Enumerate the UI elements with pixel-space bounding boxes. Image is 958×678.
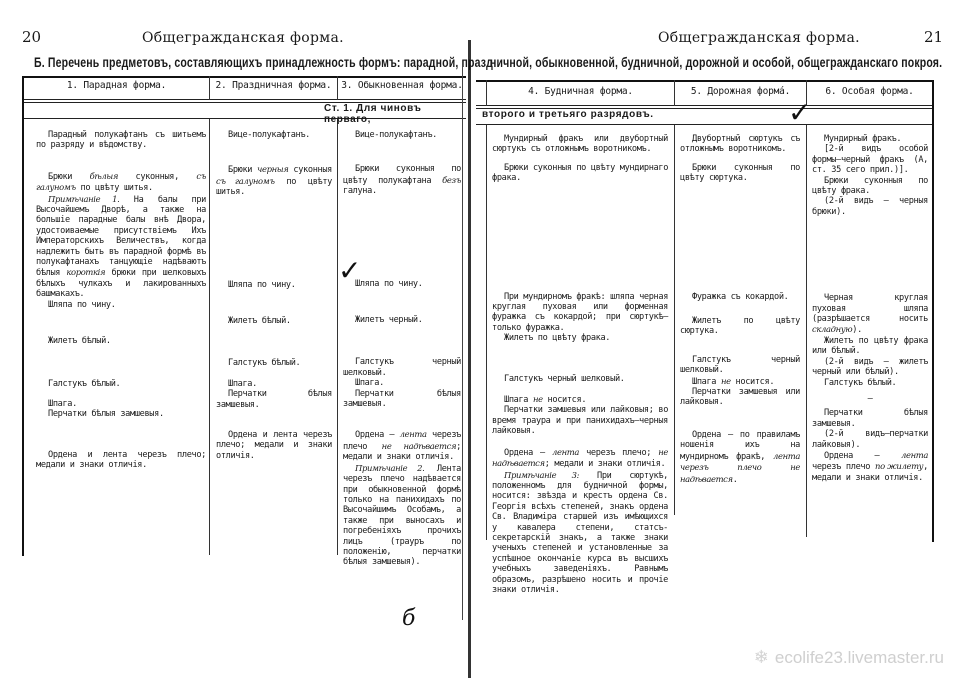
gloves-text: Перчатки замшевыя или лайковыя; во время…	[492, 405, 668, 436]
header-divider	[24, 99, 466, 100]
note-1: Примѣчаніе 1. На балы при Высочайшемъ Дв…	[36, 194, 206, 300]
gloves-text: Перчатки бѣлыя замшевыя.	[36, 409, 206, 419]
table-title: Б. Перечень предметовъ, составляющихъ пр…	[34, 55, 471, 70]
vest-text: Жилетъ бѣлый.	[36, 336, 206, 346]
column-rule	[337, 119, 338, 555]
column-header-ordinary: 3. Обыкновенная форма.	[338, 80, 466, 91]
sword-text: Шпага.	[216, 379, 332, 389]
hat-text: Шляпа по чину.	[216, 280, 332, 290]
trousers-text: Брюки черныя суконныя съ галуномъ по цвѣ…	[216, 164, 332, 197]
left-page: 20 Общегражданская форма. Б. Перечень пр…	[0, 0, 470, 678]
hat-text: Фуражка съ кокардой.	[680, 292, 800, 302]
vest-alt-text: (2-й видъ — жилетъ черный или бѣлый).	[812, 357, 928, 378]
coat-text: Мундирный фракъ.	[812, 134, 928, 144]
column-special-content: Мундирный фракъ. [2-й видъ особой формы—…	[812, 134, 928, 483]
column-header-parade: 1. Парадная форма.	[24, 80, 209, 91]
section-divider	[476, 124, 932, 125]
section-heading: второго и третьяго разрядовъ.	[482, 109, 654, 120]
orders-text: Ордена — по правиламъ ношенія ихъ на мун…	[680, 430, 800, 485]
hat-text: При мундирномъ фракѣ: шляпа черная кругл…	[492, 292, 668, 334]
column-daily-content: Мундирный фракъ или двубортный сюртукъ с…	[492, 134, 668, 595]
hat-text: Шляпа по чину.	[36, 300, 206, 310]
handwritten-check-icon: ✓	[788, 96, 811, 129]
tie-text: Галстукъ черный шелковый.	[492, 374, 668, 384]
running-head: Общегражданская форма.	[658, 30, 860, 46]
snowflake-icon: ❄	[754, 647, 769, 668]
trousers-alt-text: (2-й видъ — черныя брюки).	[812, 196, 928, 217]
column-header-travel: 5. Дорожная формá.	[675, 86, 806, 97]
column-ordinary-content: Вице-полукафтанъ. Брюки суконныя по цвѣт…	[343, 130, 461, 568]
coat-text: Мундирный фракъ или двубортный сюртукъ с…	[492, 134, 668, 155]
coat-text: Парадный полукафтанъ съ шитьемъ по разря…	[36, 130, 206, 151]
column-rule	[486, 125, 487, 540]
column-holiday-content: Вице-полукафтанъ. Брюки черныя суконныя …	[216, 130, 332, 461]
trousers-text: Брюки бѣлыя суконныя, съ галуномъ по цвѣ…	[36, 171, 206, 194]
coat-alt-text: [2-й видъ особой формы—черный фракъ (А, …	[812, 144, 928, 175]
coat-text: Двубортный сюртукъ съ отложнымъ воротник…	[680, 134, 800, 155]
trousers-text: Брюки суконныя по цвѣту полукафтана безъ…	[343, 164, 461, 196]
page-gutter	[468, 40, 471, 678]
watermark-text: ecolife23.livemaster.ru	[775, 648, 944, 668]
table-top-border	[476, 80, 932, 82]
coat-text: Вице-полукафтанъ.	[343, 130, 461, 140]
orders-text: Ордена — лента черезъ плечо по жилету, м…	[812, 450, 928, 483]
column-travel-content: Двубортный сюртукъ съ отложнымъ воротник…	[680, 134, 800, 485]
vest-text: Жилетъ бѣлый.	[216, 316, 332, 326]
table-right-border	[932, 80, 934, 542]
table-title: ничной, обыкновенной, будничной, дорожно…	[490, 55, 942, 70]
trousers-text: Брюки суконныя по цвѣту сюртука.	[680, 163, 800, 184]
sword-text: Шпага не носится.	[680, 376, 800, 387]
gloves-text: Перчатки бѣлыя замшевыя.	[216, 389, 332, 410]
page-gutter-rule	[462, 60, 463, 620]
gloves-text: Перчатки бѣлыя замшевыя.	[812, 408, 928, 429]
sword-text: Шпага.	[36, 399, 206, 409]
orders-text: Ордена — лента черезъ плечо; не надѣвает…	[492, 447, 668, 470]
table-left-border	[22, 76, 24, 556]
header-divider	[476, 105, 932, 106]
sword-text: Шпага.	[343, 378, 461, 388]
vest-text: Жилетъ черный.	[343, 315, 461, 325]
hat-text: Черная круглая пуховая шляпа (разрѣшаетс…	[812, 293, 928, 336]
handwritten-mark: б	[402, 606, 415, 631]
handwritten-check-icon: ✓	[338, 254, 361, 287]
page-number: 21	[924, 28, 943, 46]
coat-text: Вице-полукафтанъ.	[216, 130, 332, 140]
tie-text: Галстукъ черный шелковый.	[680, 355, 800, 376]
column-header-holiday: 2. Праздничная форма.	[210, 80, 337, 91]
column-rule	[674, 125, 675, 515]
tie-text: Галстукъ бѣлый.	[216, 358, 332, 368]
section-heading: Ст. 1. Для чиновъ перваго,	[324, 103, 470, 125]
column-parade-content: Парадный полукафтанъ съ шитьемъ по разря…	[36, 130, 206, 471]
page-number: 20	[22, 28, 41, 46]
sword-text: —	[812, 394, 928, 404]
note-2: Примѣчаніе 2. Лента черезъ плечо надѣвае…	[343, 463, 461, 568]
vest-text: Жилетъ по цвѣту фрака.	[492, 333, 668, 343]
orders-text: Ордена и лента черезъ плечо; медали и зн…	[216, 430, 332, 461]
gloves-text: Перчатки замшевыя или лайковыя.	[680, 387, 800, 408]
tie-text: Галстукъ черный шелковый.	[343, 357, 461, 378]
note-3: Примѣчаніе 3: При сюртукѣ, положенномъ д…	[492, 470, 668, 596]
column-rule	[806, 125, 807, 537]
table-top-border	[22, 76, 466, 78]
trousers-text: Брюки суконныя по цвѣту фрака.	[812, 176, 928, 197]
right-page: Общегражданская форма. 21 ничной, обыкно…	[476, 0, 958, 678]
sword-text: Шпага не носится.	[492, 394, 668, 405]
vest-text: Жилетъ по цвѣту фрака или бѣлый.	[812, 336, 928, 357]
trousers-text: Брюки суконныя по цвѣту мундирнаго фрака…	[492, 163, 668, 184]
orders-text: Ордена — лента черезъ плечо не надѣваетс…	[343, 429, 461, 462]
orders-text: Ордена и лента черезъ плечо; медали и зн…	[36, 450, 206, 471]
vest-text: Жилетъ по цвѣту сюртука.	[680, 316, 800, 337]
tie-text: Галстукъ бѣлый.	[36, 379, 206, 389]
running-head: Общегражданская форма.	[142, 30, 344, 46]
column-header-daily: 4. Будничная форма.	[487, 86, 674, 97]
watermark: ❄ ecolife23.livemaster.ru	[754, 647, 944, 668]
gloves-alt-text: (2-й видъ—перчатки лайковыя).	[812, 429, 928, 450]
column-header-special: 6. Особая форма.	[807, 86, 932, 97]
column-rule	[209, 119, 210, 555]
tie-text: Галстукъ бѣлый.	[812, 378, 928, 388]
gloves-text: Перчатки бѣлыя замшевыя.	[343, 389, 461, 410]
